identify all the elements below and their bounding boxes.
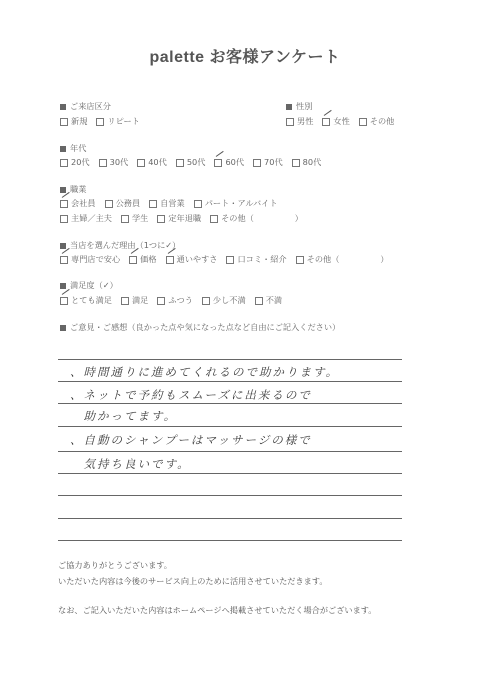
- checkbox-icon[interactable]: [149, 200, 157, 208]
- section-bullet-icon: [60, 243, 66, 249]
- checkbox-icon[interactable]: [105, 200, 113, 208]
- option-80s[interactable]: 80代: [292, 157, 322, 168]
- option-male[interactable]: 男性: [286, 116, 313, 127]
- occupation-options-row1: 会社員 公務員 自営業 パート・アルバイト: [60, 198, 287, 209]
- checkbox-checked-icon[interactable]: [322, 118, 330, 126]
- satisfaction-options: とても満足 満足 ふつう 少し不満 不満: [60, 295, 291, 306]
- ruled-line: [58, 540, 402, 541]
- checkbox-icon[interactable]: [60, 159, 68, 167]
- checkbox-checked-icon[interactable]: [166, 256, 174, 264]
- ruled-line: [58, 473, 402, 474]
- ruled-line: [58, 426, 402, 427]
- section-bullet-icon: [60, 187, 66, 193]
- checkbox-icon[interactable]: [202, 297, 210, 305]
- handwritten-comment-line-1: 、時間通りに進めてくれるので助かります。: [70, 364, 339, 380]
- option-new[interactable]: 新規: [60, 116, 87, 127]
- footer-thanks: ご協力ありがとうございます。: [58, 560, 172, 571]
- option-neutral[interactable]: ふつう: [157, 295, 193, 306]
- option-female[interactable]: 女性: [322, 116, 349, 127]
- option-very-satisfied[interactable]: とても満足: [60, 295, 112, 306]
- checkbox-icon[interactable]: [194, 200, 202, 208]
- option-student[interactable]: 学生: [121, 213, 148, 224]
- option-reason-other[interactable]: その他（ ）: [296, 254, 389, 265]
- option-word-of-mouth[interactable]: 口コミ・紹介: [226, 254, 286, 265]
- checkbox-checked-icon[interactable]: [60, 297, 68, 305]
- option-occupation-other[interactable]: その他（ ）: [210, 213, 303, 224]
- checkbox-icon[interactable]: [121, 215, 129, 223]
- handwritten-comment-line-4: 、自動のシャンプーはマッサージの様で: [70, 432, 312, 448]
- option-other[interactable]: その他: [359, 116, 395, 127]
- option-dissatisfied[interactable]: 不満: [255, 295, 282, 306]
- option-20s[interactable]: 20代: [60, 157, 90, 168]
- option-70s[interactable]: 70代: [253, 157, 283, 168]
- option-homemaker[interactable]: 主婦／主夫: [60, 213, 112, 224]
- age-options: 20代 30代 40代 50代 60代 70代 80代: [60, 157, 330, 168]
- section-bullet-icon: [60, 325, 66, 331]
- ruled-line: [58, 451, 402, 452]
- option-company-employee[interactable]: 会社員: [60, 198, 96, 209]
- checkbox-icon[interactable]: [60, 215, 68, 223]
- section-visit-heading: ご来店区分: [60, 101, 111, 112]
- checkbox-checked-icon[interactable]: [129, 256, 137, 264]
- survey-title: palette お客様アンケート: [0, 44, 490, 67]
- option-satisfied[interactable]: 満足: [121, 295, 148, 306]
- option-30s[interactable]: 30代: [99, 157, 129, 168]
- option-civil-servant[interactable]: 公務員: [105, 198, 141, 209]
- option-slightly-dissatisfied[interactable]: 少し不満: [202, 295, 246, 306]
- footer-publication-note: なお、ご記入いただいた内容はホームページへ掲載させていただく場合がございます。: [58, 605, 377, 616]
- occupation-options-row2: 主婦／主夫 学生 定年退職 その他（ ）: [60, 213, 312, 224]
- visit-options: 新規 リピート: [60, 116, 149, 127]
- checkbox-icon[interactable]: [226, 256, 234, 264]
- checkbox-icon[interactable]: [253, 159, 261, 167]
- ruled-line: [58, 403, 402, 404]
- checkbox-icon[interactable]: [210, 215, 218, 223]
- option-specialty-store[interactable]: 専門店で安心: [60, 254, 120, 265]
- checkbox-checked-icon[interactable]: [214, 159, 222, 167]
- option-price[interactable]: 価格: [129, 254, 156, 265]
- section-bullet-icon: [286, 104, 292, 110]
- ruled-line: [58, 381, 402, 382]
- ruled-line: [58, 518, 402, 519]
- ruled-line: [58, 359, 402, 360]
- section-occupation-heading: 職業: [60, 184, 86, 195]
- section-comments-heading: ご意見・ご感想（良かった点や気になった点など自由にご記入ください）: [60, 322, 340, 333]
- section-bullet-icon: [60, 146, 66, 152]
- section-age-heading: 年代: [60, 143, 86, 154]
- checkbox-icon[interactable]: [255, 297, 263, 305]
- gender-options: 男性 女性 その他: [286, 116, 403, 127]
- checkbox-icon[interactable]: [296, 256, 304, 264]
- checkbox-icon[interactable]: [286, 118, 294, 126]
- checkbox-icon[interactable]: [292, 159, 300, 167]
- option-40s[interactable]: 40代: [137, 157, 167, 168]
- checkbox-icon[interactable]: [157, 297, 165, 305]
- reason-options: 専門店で安心 価格 通いやすさ 口コミ・紹介 その他（ ）: [60, 254, 398, 265]
- section-bullet-icon: [60, 283, 66, 289]
- option-repeat[interactable]: リピート: [96, 116, 139, 127]
- option-accessibility[interactable]: 通いやすさ: [166, 254, 218, 265]
- checkbox-icon[interactable]: [96, 118, 104, 126]
- footer-usage-note: いただいた内容は今後のサービス向上のために活用させていただきます。: [58, 576, 328, 587]
- checkbox-icon[interactable]: [359, 118, 367, 126]
- handwritten-comment-line-5: 気持ち良いです。: [70, 456, 191, 472]
- option-self-employed[interactable]: 自営業: [149, 198, 185, 209]
- option-60s[interactable]: 60代: [214, 157, 244, 168]
- ruled-line: [58, 495, 402, 496]
- checkbox-checked-icon[interactable]: [60, 200, 68, 208]
- checkbox-icon[interactable]: [137, 159, 145, 167]
- handwritten-comment-line-2: 、ネットで予約もスムーズに出来るので: [70, 387, 312, 403]
- option-retired[interactable]: 定年退職: [157, 213, 201, 224]
- checkbox-icon[interactable]: [60, 118, 68, 126]
- option-part-time[interactable]: パート・アルバイト: [194, 198, 278, 209]
- checkbox-icon[interactable]: [121, 297, 129, 305]
- checkbox-icon[interactable]: [176, 159, 184, 167]
- checkbox-icon[interactable]: [99, 159, 107, 167]
- handwritten-comment-line-3: 助かってます。: [70, 408, 177, 424]
- section-reason-heading: 当店を選んだ理由（1つに✓）: [60, 240, 180, 251]
- checkbox-checked-icon[interactable]: [60, 256, 68, 264]
- section-bullet-icon: [60, 104, 66, 110]
- section-gender-heading: 性別: [286, 101, 312, 112]
- option-50s[interactable]: 50代: [176, 157, 206, 168]
- checkbox-icon[interactable]: [157, 215, 165, 223]
